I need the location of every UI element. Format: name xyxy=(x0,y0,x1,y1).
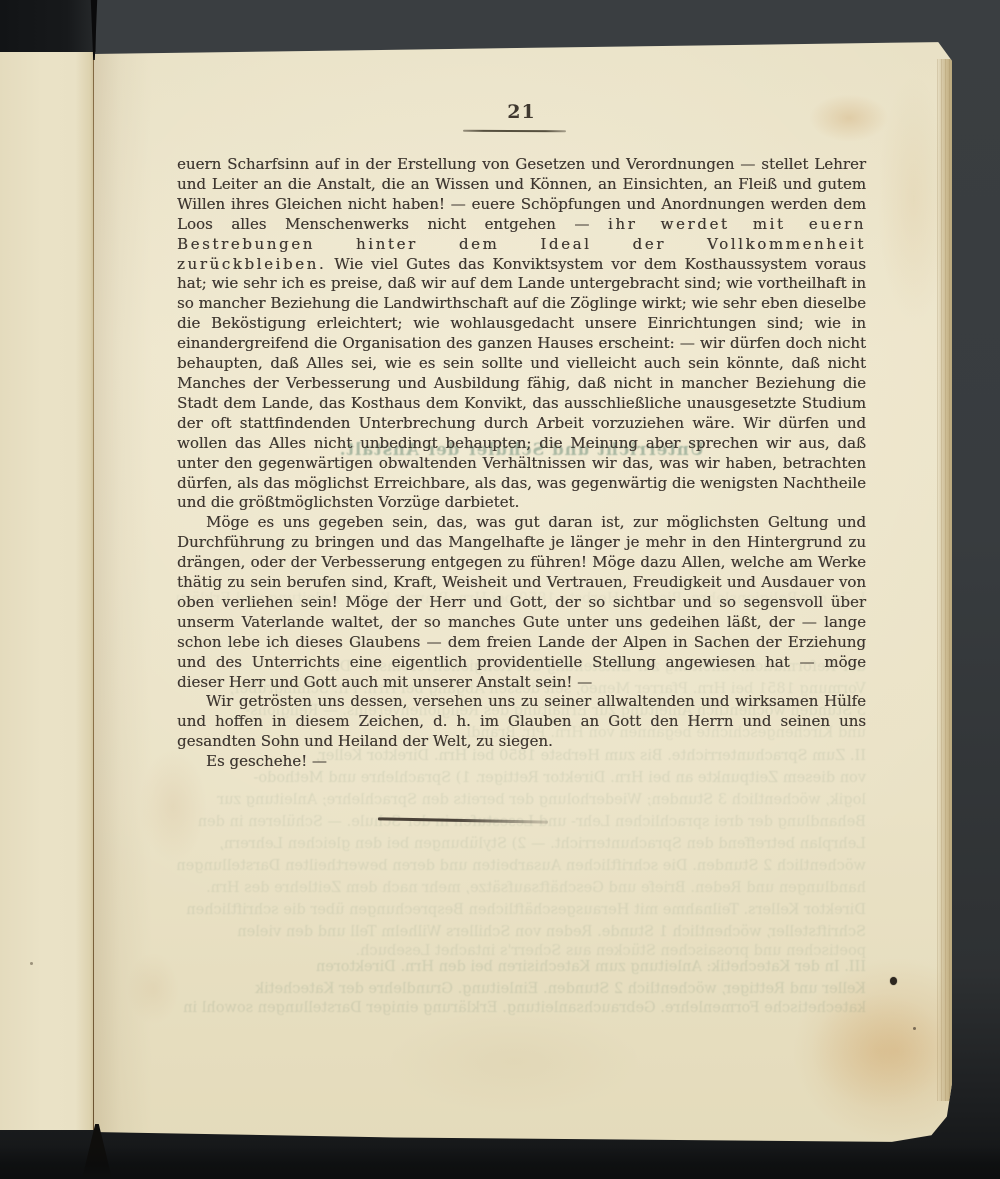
page-number: 21 xyxy=(177,101,866,123)
paragraph: Möge es uns gegeben sein, das, was gut d… xyxy=(177,513,866,692)
bleed-through-line: Keller und Rettiger, wöchentlich 2 Stund… xyxy=(177,980,866,999)
text-segment: Wir getrösten uns dessen, versehen uns z… xyxy=(177,692,866,750)
backdrop-shadow xyxy=(0,0,96,52)
text-segment: Möge es uns gegeben sein, das, was gut d… xyxy=(177,513,866,690)
text-segment: Es geschehe! — xyxy=(206,752,327,770)
paragraph: Es geschehe! — xyxy=(177,752,866,772)
bleed-through-line: wöchentlich 2 Stunden. Die schriftlichen… xyxy=(177,857,866,876)
ink-speck xyxy=(913,1027,916,1030)
paragraph: euern Scharfsinn auf in der Erstellung v… xyxy=(177,155,866,513)
book-scan: Unterricht und Schüler der Anstalt. I. Z… xyxy=(0,0,1000,1179)
bleed-through-line: Schriftsteller, wöchentlich 1 Stunde. Re… xyxy=(177,923,866,942)
page-edge-stack xyxy=(937,59,952,1101)
body-text: euern Scharfsinn auf in der Erstellung v… xyxy=(177,155,866,772)
bleed-through-line: Lehrplan betreffend den Sprachunterricht… xyxy=(177,835,866,854)
paragraph: Wir getrösten uns dessen, versehen uns z… xyxy=(177,692,866,752)
left-page-edge xyxy=(0,52,94,1130)
backdrop-shadow xyxy=(0,1146,1000,1179)
text-segment: Wie viel Gutes das Konviktsystem vor dem… xyxy=(177,255,866,512)
page: Unterricht und Schüler der Anstalt. I. Z… xyxy=(94,41,952,1143)
bleed-through-line: III. In der Katechetik: Anleitung zum Ka… xyxy=(177,958,866,977)
bleed-through-line: logik, wöchentlich 3 Stunden; Wiederholu… xyxy=(177,791,866,810)
bleed-through-line: katechetische Formenlehre. Gebrauchsanle… xyxy=(177,999,866,1018)
ink-speck xyxy=(30,962,33,965)
bleed-through-line: Direktor Kellers. Teilnahme mit Herausge… xyxy=(177,901,866,920)
page-number-rule xyxy=(463,130,566,132)
ink-speck xyxy=(890,977,897,985)
bleed-through-line: handlungen und Reden. Briefe und Geschäf… xyxy=(177,879,866,898)
